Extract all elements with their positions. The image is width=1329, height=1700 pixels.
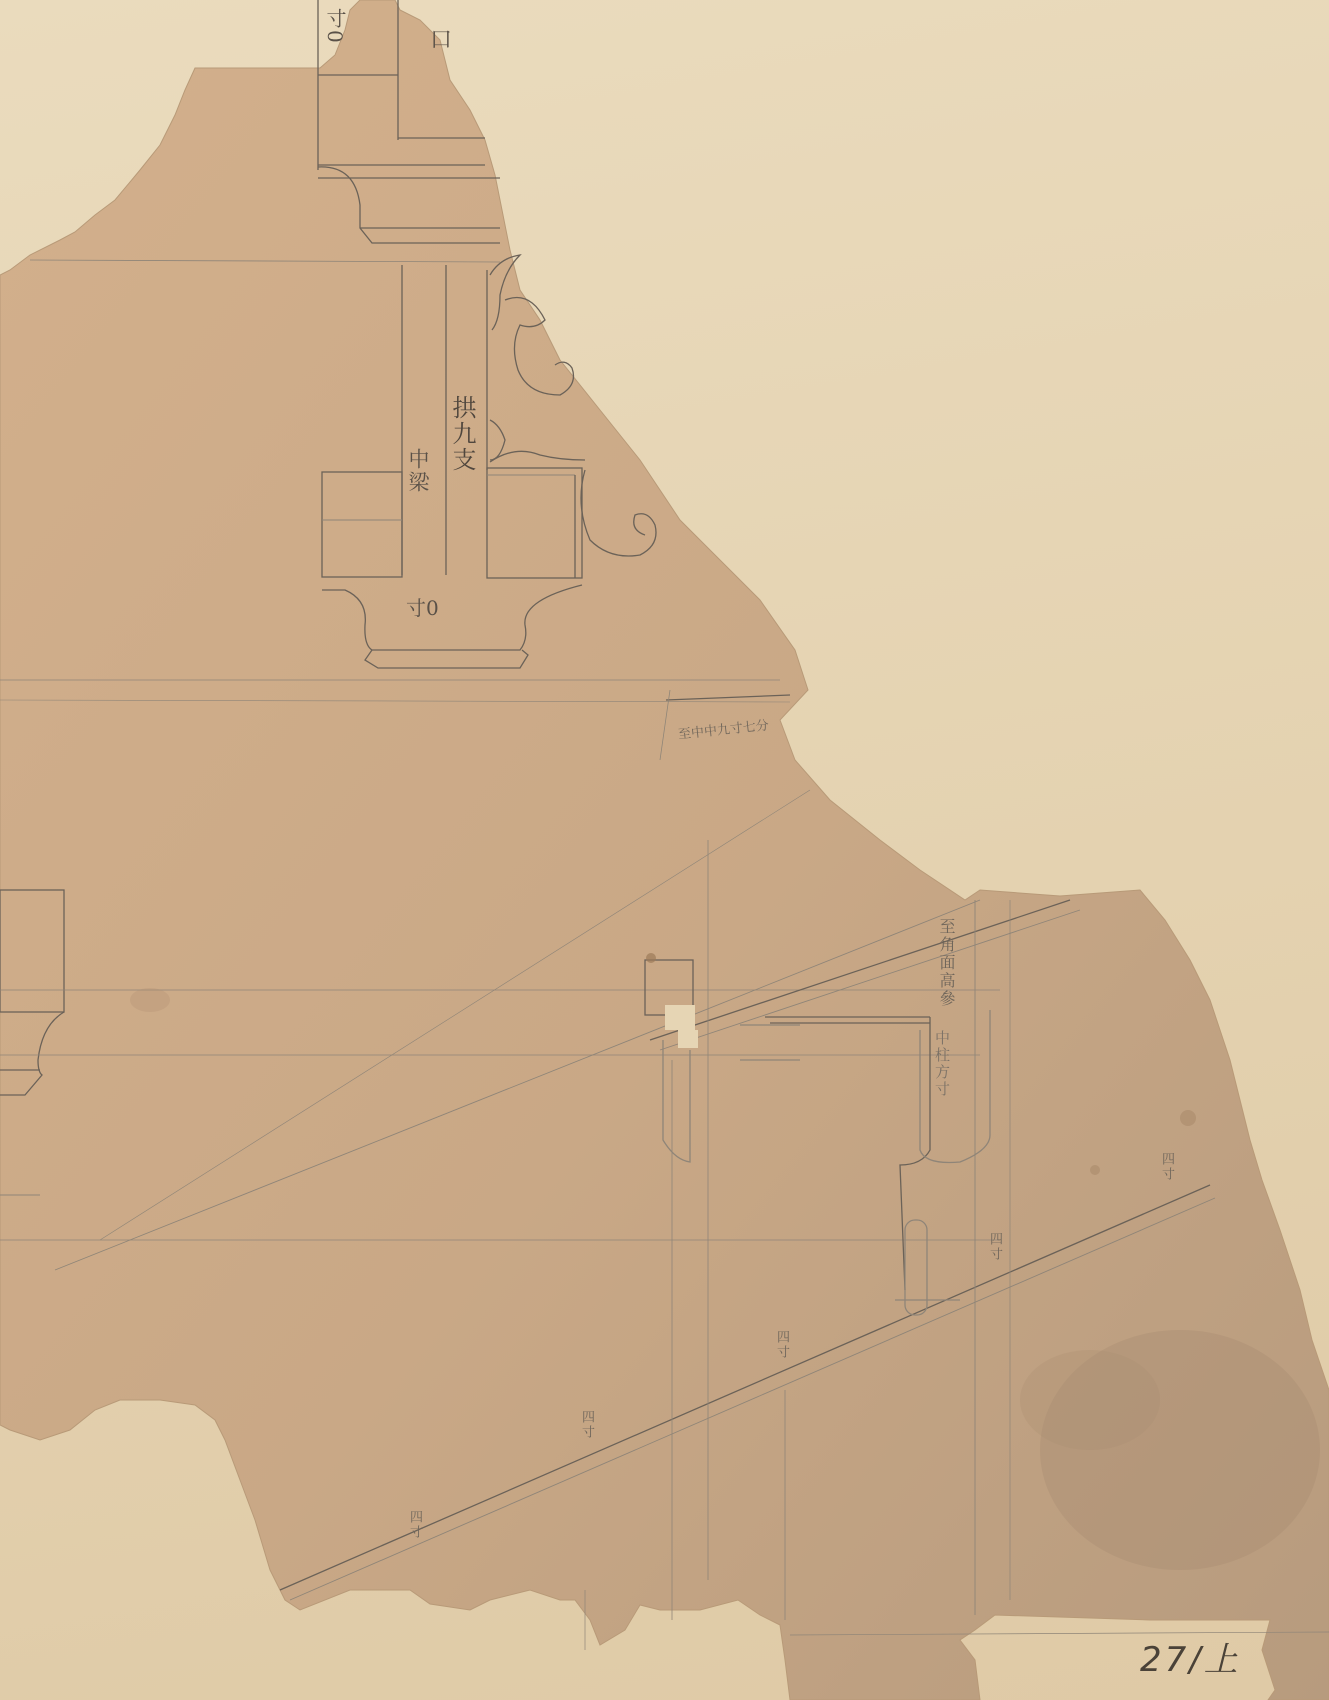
drawing-svg: [0, 0, 1329, 1700]
catalog-number: 27/上: [1140, 1632, 1241, 1681]
drawing-sheet: 寸0 口 拱九支 中梁 寸0 至中中九寸七分 至角面高參 中柱方寸 四寸 四寸 …: [0, 0, 1329, 1700]
